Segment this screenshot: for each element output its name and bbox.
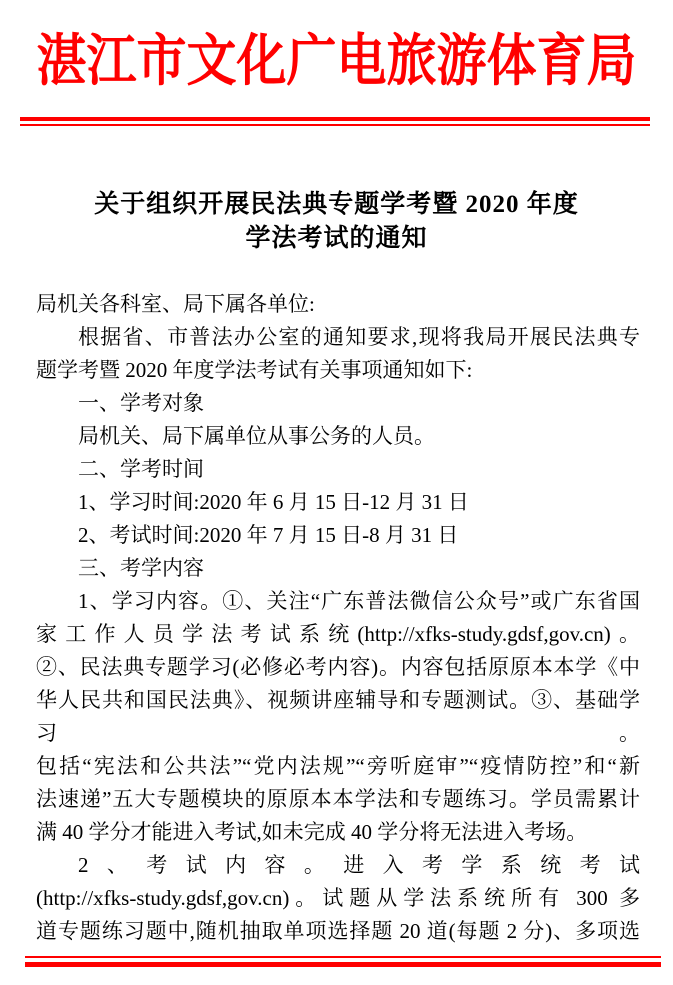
document-body-line: 家工作人员学法考试系统(http://xfks-study.gdsf,gov.c… bbox=[36, 618, 640, 651]
document-body-line: 一、学考对象 bbox=[36, 387, 640, 420]
header-double-rule bbox=[20, 117, 650, 126]
footer-double-rule bbox=[25, 956, 661, 967]
document-body-line: 华人民共和国民法典》、视频讲座辅导和专题测试。③、基础学习。 bbox=[36, 684, 640, 750]
agency-name: 湛江市文化广电旅游体育局 bbox=[0, 26, 673, 95]
document-body-line: (http://xfks-study.gdsf,gov.cn)。试题从学法系统所… bbox=[36, 882, 640, 915]
document-body-line: 三、考学内容 bbox=[36, 552, 640, 585]
document-body-line: 局机关各科室、局下属各单位: bbox=[36, 288, 640, 321]
document-body-line: 包括“宪法和公共法”“党内法规”“旁听庭审”“疫情防控”和“新 bbox=[36, 750, 640, 783]
document-title: 关于组织开展民法典专题学考暨 2020 年度 学法考试的通知 bbox=[0, 188, 673, 256]
document-body-line: 满 40 学分才能进入考试,如未完成 40 学分将无法进入考场。 bbox=[36, 816, 640, 849]
document-body-line: 题学考暨 2020 年度学法考试有关事项通知如下: bbox=[36, 354, 640, 387]
document-body: 局机关各科室、局下属各单位:根据省、市普法办公室的通知要求,现将我局开展民法典专… bbox=[36, 288, 640, 948]
document-page: 湛江市文化广电旅游体育局 关于组织开展民法典专题学考暨 2020 年度 学法考试… bbox=[0, 0, 673, 985]
document-body-line: 2、考试内容。进入考学系统考试 bbox=[36, 849, 640, 882]
document-body-line: 2、考试时间:2020 年 7 月 15 日-8 月 31 日 bbox=[36, 519, 640, 552]
document-body-line: 1、学习时间:2020 年 6 月 15 日-12 月 31 日 bbox=[36, 486, 640, 519]
agency-masthead: 湛江市文化广电旅游体育局 bbox=[0, 0, 673, 92]
document-body-line: 1、学习内容。①、关注“广东普法微信公众号”或广东省国 bbox=[36, 585, 640, 618]
document-title-line2: 学法考试的通知 bbox=[0, 222, 673, 256]
document-body-line: 二、学考时间 bbox=[36, 453, 640, 486]
document-title-line1: 关于组织开展民法典专题学考暨 2020 年度 bbox=[0, 188, 673, 222]
document-body-line: 局机关、局下属单位从事公务的人员。 bbox=[36, 420, 640, 453]
document-body-line: 根据省、市普法办公室的通知要求,现将我局开展民法典专 bbox=[36, 321, 640, 354]
document-body-line: ②、民法典专题学习(必修必考内容)。内容包括原原本本学《中 bbox=[36, 651, 640, 684]
document-body-line: 道专题练习题中,随机抽取单项选择题 20 道(每题 2 分)、多项选 bbox=[36, 915, 640, 948]
document-body-line: 法速递”五大专题模块的原原本本学法和专题练习。学员需累计 bbox=[36, 783, 640, 816]
